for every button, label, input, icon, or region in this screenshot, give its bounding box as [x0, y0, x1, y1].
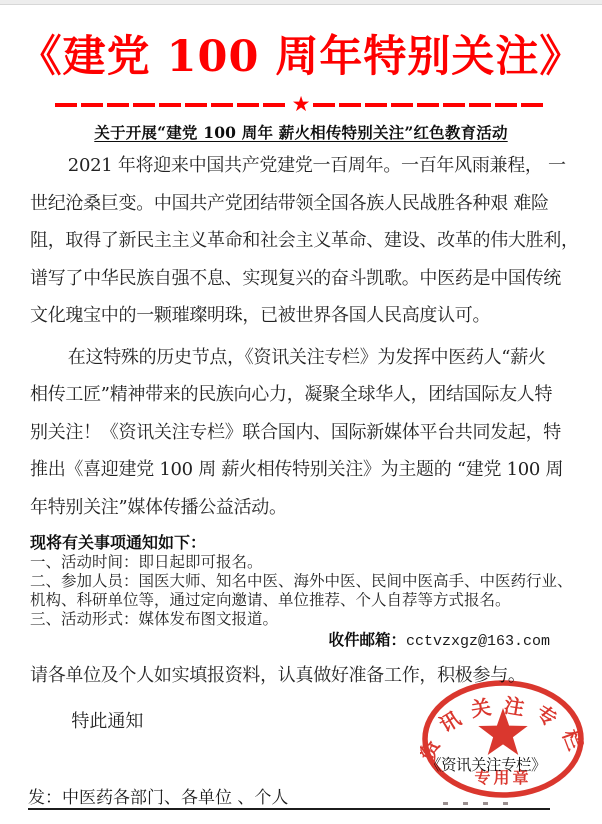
paragraph-line: 2021 年将迎来中国共产党建党一百周年。一百年风雨兼程， 一 — [30, 147, 572, 185]
paragraph-line: 别关注！《资讯关注专栏》联合国内、国际新媒体平台共同发起，特 — [30, 414, 572, 452]
paragraph-line: 年特别关注”媒体传播公益活动。 — [30, 489, 572, 527]
notice-item-2: 二、参加人员：国医大师、知名中医、海外中医、民间中医高手、中医药行业、 — [30, 572, 572, 591]
mail-label: 收件邮箱： — [328, 630, 406, 649]
document-title: 《建党 100 周年特别关注》 — [0, 32, 602, 82]
mail-address: cctvzxgz@163.com — [406, 633, 550, 650]
paragraph-line: 文化瑰宝中的一颗璀璨明珠，已被世界各国人民高度认可。 — [30, 297, 572, 335]
paragraph-1: 2021 年将迎来中国共产党建党一百周年。一百年风雨兼程， 一 世纪沧桑巨变。中… — [30, 147, 572, 335]
notice-item-2-cont: 机构、科研单位等，通过定向邀请、单位推荐、个人自荐等方式报名。 — [30, 591, 572, 610]
notice-item-1: 一、活动时间：即日起即可报名。 — [30, 553, 572, 572]
red-seal-stamp-icon: 资讯关注专栏 专用章 — [420, 678, 586, 802]
notice-list-title: 现将有关事项通知如下： — [30, 532, 572, 553]
divider-dash-right — [313, 103, 547, 107]
paragraph-line: 谱写了中华民族自强不息、实现复兴的奋斗凯歌。中医药是中国传统 — [30, 260, 572, 298]
paragraph-line: 阻，取得了新民主主义革命和社会主义革命、建设、改革的伟大胜利， — [30, 222, 572, 260]
paragraph-line: 世纪沧桑巨变。中国共产党团结带领全国各族人民战胜各种艰 难险 — [30, 185, 572, 223]
title-divider: ★ — [55, 95, 547, 115]
star-icon: ★ — [292, 94, 311, 115]
paragraph-2: 在这特殊的历史节点，《资讯关注专栏》为发挥中医药人“薪火 相传工匠”精神带来的民… — [30, 339, 572, 527]
notice-document-page: 《建党 100 周年特别关注》 ★ 关于开展“建党 100 周年 薪火相传特别关… — [0, 0, 602, 824]
paragraph-line: 在这特殊的历史节点，《资讯关注专栏》为发挥中医药人“薪火 — [30, 339, 572, 377]
notice-item-3: 三、活动形式：媒体发布图文报道。 — [30, 610, 572, 629]
seal-sub-text: 专用章 — [474, 768, 531, 787]
divider-dash-left — [55, 103, 289, 107]
paragraph-line: 相传工匠”精神带来的民族向心力，凝聚全球华人，团结国际友人特 — [30, 376, 572, 414]
window-top-edge — [0, 0, 602, 5]
mail-line: 收件邮箱：cctvzxgz@163.com — [0, 630, 550, 652]
distribution-line: 发：中医药各部门、各单位 、个人 — [28, 789, 550, 810]
notice-heading: 关于开展“建党 100 周年 薪火相传特别关注”红色教育活动 — [0, 121, 602, 143]
paragraph-line: 推出《喜迎建党 100 周 薪火相传特别关注》为主题的 “建党 100 周 — [30, 451, 572, 489]
